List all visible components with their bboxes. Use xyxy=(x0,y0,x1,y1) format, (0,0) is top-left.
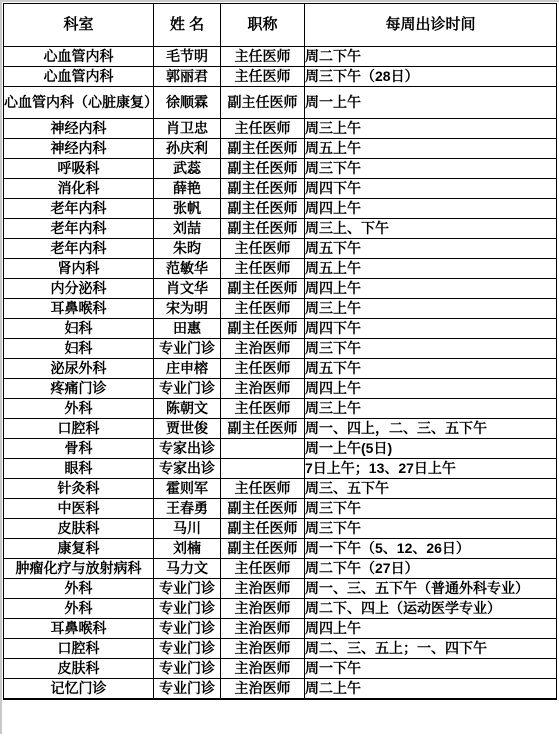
name-cell: 武蕊 xyxy=(154,159,221,179)
name-cell: 马力文 xyxy=(154,559,221,579)
dept-cell: 中医科 xyxy=(4,499,154,519)
dept-cell: 眼科 xyxy=(4,459,154,479)
time-cell: 周三上午 xyxy=(305,119,557,139)
dept-cell: 外科 xyxy=(4,399,154,419)
name-cell: 专业门诊 xyxy=(154,579,221,599)
title-cell: 副主任医师 xyxy=(221,499,305,519)
table-row: 疼痛门诊专业门诊主治医师周四上午 xyxy=(4,379,557,399)
dept-cell: 呼吸科 xyxy=(4,159,154,179)
title-cell: 副主任医师 xyxy=(221,139,305,159)
time-cell: 周四上午 xyxy=(305,199,557,219)
dept-cell: 口腔科 xyxy=(4,639,154,659)
title-cell: 主任医师 xyxy=(221,479,305,499)
time-cell: 周二下午 xyxy=(305,47,557,67)
dept-cell: 老年内科 xyxy=(4,219,154,239)
table-row: 神经内科肖卫忠主任医师周三上午 xyxy=(4,119,557,139)
dept-cell: 肿瘤化疗与放射病科 xyxy=(4,559,154,579)
header-name: 姓 名 xyxy=(154,4,221,47)
title-cell xyxy=(221,439,305,459)
name-cell: 霍则军 xyxy=(154,479,221,499)
table-row: 心血管内科（心脏康复）徐顺霖副主任医师周一上午 xyxy=(4,87,557,119)
table-row: 口腔科贾世俊副主任医师周一、四上，二、三、五下午 xyxy=(4,419,557,439)
name-cell: 张帆 xyxy=(154,199,221,219)
time-cell: 周二上午 xyxy=(305,679,557,699)
title-cell: 主任医师 xyxy=(221,239,305,259)
title-cell: 主治医师 xyxy=(221,379,305,399)
time-cell: 周二下午（27日） xyxy=(305,559,557,579)
name-cell: 王春勇 xyxy=(154,499,221,519)
title-cell: 副主任医师 xyxy=(221,159,305,179)
dept-cell: 耳鼻喉科 xyxy=(4,619,154,639)
table-row: 神经内科孙庆利副主任医师周五上午 xyxy=(4,139,557,159)
title-cell: 主治医师 xyxy=(221,599,305,619)
name-cell: 庄申榕 xyxy=(154,359,221,379)
dept-cell: 神经内科 xyxy=(4,139,154,159)
name-cell: 贾世俊 xyxy=(154,419,221,439)
dept-cell: 皮肤科 xyxy=(4,519,154,539)
dept-cell: 耳鼻喉科 xyxy=(4,299,154,319)
title-cell: 副主任医师 xyxy=(221,519,305,539)
name-cell: 毛节明 xyxy=(154,47,221,67)
dept-cell: 消化科 xyxy=(4,179,154,199)
name-cell: 朱昀 xyxy=(154,239,221,259)
time-cell: 周一上午(5日) xyxy=(305,439,557,459)
table-row: 外科专业门诊主治医师周二下、四上（运动医学专业） xyxy=(4,599,557,619)
title-cell: 主任医师 xyxy=(221,559,305,579)
time-cell: 周四下午 xyxy=(305,179,557,199)
table-row: 骨科专家出诊周一上午(5日) xyxy=(4,439,557,459)
dept-cell: 皮肤科 xyxy=(4,659,154,679)
title-cell: 主任医师 xyxy=(221,259,305,279)
name-cell: 专业门诊 xyxy=(154,659,221,679)
title-cell: 主治医师 xyxy=(221,339,305,359)
time-cell: 周三上午 xyxy=(305,299,557,319)
table-row: 皮肤科专业门诊主治医师周一下午 xyxy=(4,659,557,679)
name-cell: 专家出诊 xyxy=(154,439,221,459)
name-cell: 专业门诊 xyxy=(154,679,221,699)
title-cell: 主治医师 xyxy=(221,659,305,679)
dept-cell: 内分泌科 xyxy=(4,279,154,299)
table-body: 心血管内科毛节明主任医师周二下午心血管内科郭丽君主任医师周三下午（28日）心血管… xyxy=(4,47,557,699)
dept-cell: 心血管内科（心脏康复） xyxy=(4,87,154,119)
title-cell: 主任医师 xyxy=(221,399,305,419)
table-row: 妇科专业门诊主治医师周三下午 xyxy=(4,339,557,359)
table-header-row: 科室 姓 名 职称 每周出诊时间 xyxy=(4,4,557,47)
title-cell: 副主任医师 xyxy=(221,319,305,339)
time-cell: 周四上午 xyxy=(305,279,557,299)
time-cell: 周二、三、五上；一、四下午 xyxy=(305,639,557,659)
table-row: 老年内科张帆副主任医师周四上午 xyxy=(4,199,557,219)
name-cell: 孙庆利 xyxy=(154,139,221,159)
name-cell: 专业门诊 xyxy=(154,339,221,359)
time-cell: 周一下午 xyxy=(305,659,557,679)
window-edge-top xyxy=(0,0,559,2)
time-cell: 周三上午 xyxy=(305,399,557,419)
name-cell: 刘喆 xyxy=(154,219,221,239)
time-cell: 周一下午（5、12、26日） xyxy=(305,539,557,559)
name-cell: 陈朝文 xyxy=(154,399,221,419)
name-cell: 专业门诊 xyxy=(154,599,221,619)
time-cell: 周三下午 xyxy=(305,159,557,179)
time-cell: 周一、三、五下午（普通外科专业） xyxy=(305,579,557,599)
time-cell: 周四下午 xyxy=(305,319,557,339)
dept-cell: 疼痛门诊 xyxy=(4,379,154,399)
title-cell: 主任医师 xyxy=(221,67,305,87)
title-cell: 副主任医师 xyxy=(221,279,305,299)
page: 科室 姓 名 职称 每周出诊时间 心血管内科毛节明主任医师周二下午心血管内科郭丽… xyxy=(0,0,559,734)
dept-cell: 记忆门诊 xyxy=(4,679,154,699)
time-cell: 周四上午 xyxy=(305,379,557,399)
name-cell: 徐顺霖 xyxy=(154,87,221,119)
table-row: 外科陈朝文主任医师周三上午 xyxy=(4,399,557,419)
time-cell: 周三下午 xyxy=(305,519,557,539)
dept-cell: 外科 xyxy=(4,599,154,619)
time-cell: 周四上午 xyxy=(305,619,557,639)
name-cell: 范敏华 xyxy=(154,259,221,279)
name-cell: 专业门诊 xyxy=(154,639,221,659)
table-row: 心血管内科郭丽君主任医师周三下午（28日） xyxy=(4,67,557,87)
header-time: 每周出诊时间 xyxy=(305,4,557,47)
time-cell: 周五下午 xyxy=(305,239,557,259)
dept-cell: 肾内科 xyxy=(4,259,154,279)
dept-cell: 妇科 xyxy=(4,339,154,359)
dept-cell: 心血管内科 xyxy=(4,67,154,87)
title-cell: 主治医师 xyxy=(221,639,305,659)
table-row: 老年内科朱昀主任医师周五下午 xyxy=(4,239,557,259)
table-row: 心血管内科毛节明主任医师周二下午 xyxy=(4,47,557,67)
time-cell: 周一、四上，二、三、五下午 xyxy=(305,419,557,439)
dept-cell: 神经内科 xyxy=(4,119,154,139)
name-cell: 专业门诊 xyxy=(154,619,221,639)
title-cell: 副主任医师 xyxy=(221,419,305,439)
name-cell: 专业门诊 xyxy=(154,379,221,399)
title-cell: 主治医师 xyxy=(221,619,305,639)
title-cell: 副主任医师 xyxy=(221,179,305,199)
table-row: 肿瘤化疗与放射病科马力文主任医师周二下午（27日） xyxy=(4,559,557,579)
dept-cell: 口腔科 xyxy=(4,419,154,439)
window-edge-left xyxy=(0,0,2,734)
name-cell: 郭丽君 xyxy=(154,67,221,87)
table-row: 针灸科霍则军主任医师周三、五下午 xyxy=(4,479,557,499)
table-row: 康复科刘楠副主任医师周一下午（5、12、26日） xyxy=(4,539,557,559)
title-cell: 主任医师 xyxy=(221,119,305,139)
table-row: 皮肤科马川副主任医师周三下午 xyxy=(4,519,557,539)
time-cell: 周五上午 xyxy=(305,139,557,159)
name-cell: 专家出诊 xyxy=(154,459,221,479)
table-row: 内分泌科肖文华副主任医师周四上午 xyxy=(4,279,557,299)
title-cell: 主任医师 xyxy=(221,299,305,319)
name-cell: 宋为明 xyxy=(154,299,221,319)
title-cell xyxy=(221,459,305,479)
dept-cell: 泌尿外科 xyxy=(4,359,154,379)
header-dept: 科室 xyxy=(4,4,154,47)
title-cell: 主治医师 xyxy=(221,679,305,699)
title-cell: 副主任医师 xyxy=(221,539,305,559)
dept-cell: 老年内科 xyxy=(4,199,154,219)
title-cell: 主治医师 xyxy=(221,579,305,599)
time-cell: 周二下、四上（运动医学专业） xyxy=(305,599,557,619)
table-row: 口腔科专业门诊主治医师周二、三、五上；一、四下午 xyxy=(4,639,557,659)
time-cell: 周三下午（28日） xyxy=(305,67,557,87)
table-row: 耳鼻喉科宋为明主任医师周三上午 xyxy=(4,299,557,319)
name-cell: 肖卫忠 xyxy=(154,119,221,139)
table-row: 外科专业门诊主治医师周一、三、五下午（普通外科专业） xyxy=(4,579,557,599)
header-title: 职称 xyxy=(221,4,305,47)
table-row: 肾内科范敏华主任医师周五上午 xyxy=(4,259,557,279)
table-row: 呼吸科武蕊副主任医师周三下午 xyxy=(4,159,557,179)
time-cell: 周三上、下午 xyxy=(305,219,557,239)
time-cell: 周三、五下午 xyxy=(305,479,557,499)
dept-cell: 心血管内科 xyxy=(4,47,154,67)
dept-cell: 妇科 xyxy=(4,319,154,339)
table-row: 记忆门诊专业门诊主治医师周二上午 xyxy=(4,679,557,699)
table-row: 中医科王春勇副主任医师周三下午 xyxy=(4,499,557,519)
doctor-schedule-table: 科室 姓 名 职称 每周出诊时间 心血管内科毛节明主任医师周二下午心血管内科郭丽… xyxy=(3,3,557,700)
dept-cell: 康复科 xyxy=(4,539,154,559)
title-cell: 副主任医师 xyxy=(221,219,305,239)
time-cell: 周三下午 xyxy=(305,339,557,359)
dept-cell: 外科 xyxy=(4,579,154,599)
time-cell: 周三下午 xyxy=(305,499,557,519)
title-cell: 副主任医师 xyxy=(221,87,305,119)
table-row: 消化科薛艳副主任医师周四下午 xyxy=(4,179,557,199)
table-row: 妇科田惠副主任医师周四下午 xyxy=(4,319,557,339)
title-cell: 主任医师 xyxy=(221,359,305,379)
name-cell: 刘楠 xyxy=(154,539,221,559)
name-cell: 马川 xyxy=(154,519,221,539)
title-cell: 副主任医师 xyxy=(221,199,305,219)
name-cell: 肖文华 xyxy=(154,279,221,299)
table-row: 泌尿外科庄申榕主任医师周五下午 xyxy=(4,359,557,379)
table-row: 眼科专家出诊7日上午；13、27日上午 xyxy=(4,459,557,479)
name-cell: 薛艳 xyxy=(154,179,221,199)
dept-cell: 针灸科 xyxy=(4,479,154,499)
time-cell: 7日上午；13、27日上午 xyxy=(305,459,557,479)
dept-cell: 老年内科 xyxy=(4,239,154,259)
table-row: 耳鼻喉科专业门诊主治医师周四上午 xyxy=(4,619,557,639)
dept-cell: 骨科 xyxy=(4,439,154,459)
time-cell: 周五上午 xyxy=(305,259,557,279)
time-cell: 周一上午 xyxy=(305,87,557,119)
table-row: 老年内科刘喆副主任医师周三上、下午 xyxy=(4,219,557,239)
name-cell: 田惠 xyxy=(154,319,221,339)
time-cell: 周五下午 xyxy=(305,359,557,379)
title-cell: 主任医师 xyxy=(221,47,305,67)
